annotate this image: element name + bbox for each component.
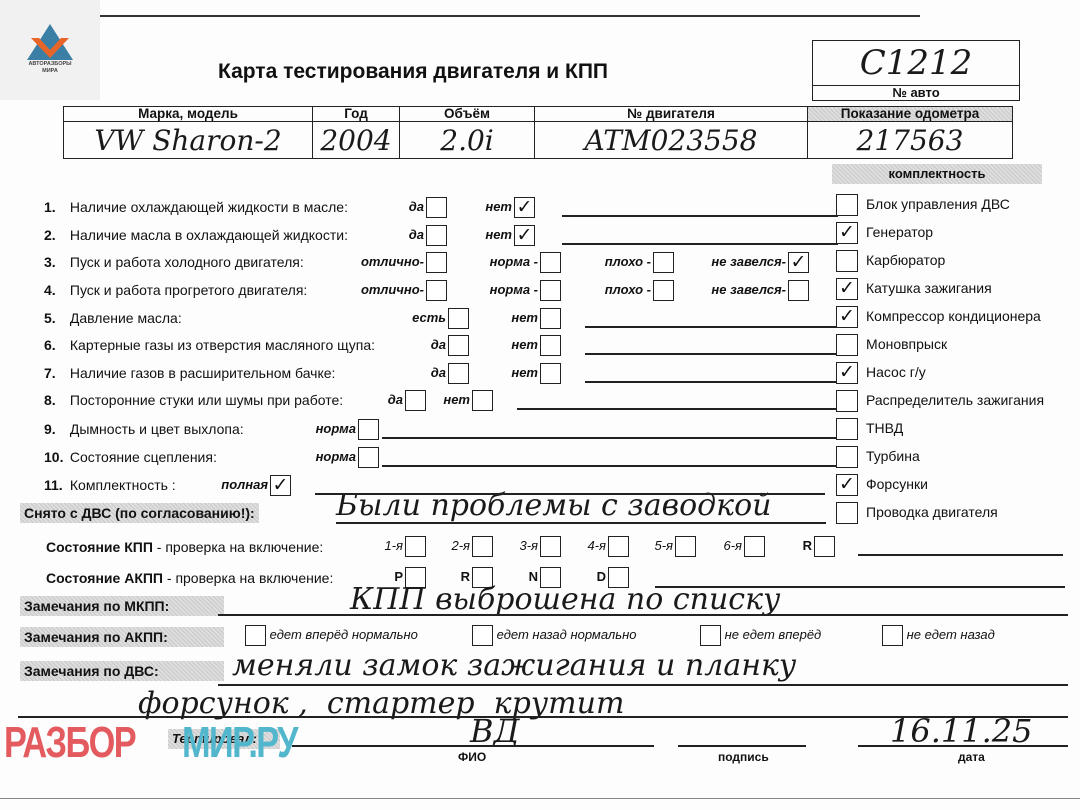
option-label: да: [431, 334, 446, 356]
fio-label: ФИО: [458, 750, 486, 764]
komplekt-item-label: Форсунки: [866, 476, 928, 492]
col-engine-number: № двигателя: [535, 107, 808, 122]
komplekt-item-label: Катушка зажигания: [866, 280, 992, 296]
option-label: есть: [412, 307, 446, 329]
page-title: Карта тестирования двигателя и КПП: [218, 60, 608, 84]
gear-checkbox[interactable]: [540, 536, 561, 557]
option-label: не завелся-: [711, 251, 786, 273]
option-label: нет: [511, 362, 538, 384]
checkbox[interactable]: [540, 280, 561, 301]
checkbox[interactable]: [836, 390, 858, 412]
answer-line: [382, 437, 838, 439]
date-label: дата: [958, 750, 985, 764]
option-label: нет: [511, 334, 538, 356]
volume-value[interactable]: 2.0i: [400, 122, 535, 159]
komplekt-item-label: Проводка двигателя: [866, 504, 998, 520]
option-label: да: [388, 389, 403, 411]
top-rule: [100, 15, 920, 17]
answer-line: [517, 408, 838, 410]
option-label: отлично-: [361, 279, 424, 301]
akpp-remarks-label: Замечания по АКПП:: [20, 627, 224, 647]
komplekt-item[interactable]: ✓Форсунки: [836, 472, 928, 496]
sign-label: подпись: [718, 750, 769, 764]
gear-checkbox[interactable]: [608, 536, 629, 557]
question-2: 2. Наличие масла в охлаждающей жидкости:: [44, 224, 348, 246]
komplekt-item-label: Насос г/у: [866, 364, 926, 380]
checkbox[interactable]: [653, 252, 674, 273]
question-8: 8. Посторонние стуки или шумы при работе…: [44, 389, 343, 411]
checkbox-checked[interactable]: ✓: [270, 475, 291, 496]
gear-checkbox[interactable]: [472, 536, 493, 557]
checkbox-checked[interactable]: ✓: [836, 222, 858, 244]
checkbox[interactable]: [426, 225, 447, 246]
akpp-forward-ok[interactable]: едет вперёд нормально: [245, 624, 418, 646]
checkbox[interactable]: [245, 625, 266, 646]
question-text: Состояние сцепления:: [66, 449, 217, 465]
checkbox[interactable]: [426, 252, 447, 273]
akpp-check-label: Состояние АКПП - проверка на включение:: [46, 567, 333, 589]
gear-checkbox[interactable]: [405, 536, 426, 557]
gear-label: 5-я: [654, 535, 673, 557]
checkbox[interactable]: [540, 335, 561, 356]
option-label: норма -: [490, 279, 538, 301]
gear-label: 2-я: [451, 535, 470, 557]
checkbox[interactable]: [358, 447, 379, 468]
question-text: Комплектность :: [66, 477, 176, 493]
vehicle-info-table: Марка, модель Год Объём № двигателя Пока…: [63, 106, 1013, 159]
odometer-value[interactable]: 217563: [808, 122, 1013, 159]
checkbox[interactable]: [836, 250, 858, 272]
komplekt-item[interactable]: ТНВД: [836, 416, 903, 440]
option-label: норма: [316, 418, 356, 440]
removed-line: [336, 522, 826, 524]
checkbox[interactable]: [472, 390, 493, 411]
fio-line: [292, 745, 654, 747]
komplekt-item[interactable]: ✓Компрессор кондиционера: [836, 304, 1041, 328]
checkbox[interactable]: [836, 502, 858, 524]
answer-line: [562, 215, 838, 217]
question-number: 3.: [44, 251, 66, 273]
option-label: нет: [485, 224, 512, 246]
question-10: 10. Состояние сцепления:: [44, 446, 217, 468]
question-1: 1. Наличие охлаждающей жидкости в масле:: [44, 196, 348, 218]
komplekt-item-label: Распределитель зажигания: [866, 392, 1044, 408]
checkbox[interactable]: [653, 280, 674, 301]
checkbox[interactable]: [882, 625, 903, 646]
question-number: 5.: [44, 307, 66, 329]
gear-label: 4-я: [587, 535, 606, 557]
checkbox[interactable]: [448, 363, 469, 384]
gear-label: 1-я: [384, 535, 403, 557]
checkbox[interactable]: [836, 446, 858, 468]
question-3: 3. Пуск и работа холодного двигателя:: [44, 251, 304, 273]
komplekt-line: [315, 493, 825, 495]
col-odometer: Показание одометра: [808, 107, 1013, 122]
auto-number-box: C1212 № авто: [812, 40, 1020, 101]
question-number: 2.: [44, 224, 66, 246]
answer-line: [382, 465, 838, 467]
auto-number-value[interactable]: C1212: [813, 41, 1019, 86]
option-label: нет: [485, 196, 512, 218]
checkbox[interactable]: [788, 280, 809, 301]
question-text: Посторонние стуки или шумы при работе:: [66, 392, 343, 408]
option-label: нет: [511, 307, 538, 329]
auto-number-label: № авто: [813, 86, 1019, 100]
komplekt-item[interactable]: ✓Насос г/у: [836, 360, 926, 384]
question-number: 6.: [44, 334, 66, 356]
checkbox[interactable]: [700, 625, 721, 646]
gear-checkbox[interactable]: [744, 536, 765, 557]
bottom-rule: [0, 798, 1080, 799]
question-number: 1.: [44, 196, 66, 218]
answer-line: [585, 381, 838, 383]
checkbox[interactable]: [405, 390, 426, 411]
komplekt-item[interactable]: Карбюратор: [836, 248, 945, 272]
komplekt-item-label: Турбина: [866, 448, 920, 464]
question-number: 10.: [44, 446, 66, 468]
option-label: полная: [221, 474, 268, 496]
question-number: 9.: [44, 418, 66, 440]
checkbox[interactable]: [540, 252, 561, 273]
komplekt-item-label: Блок управления ДВС: [866, 196, 1010, 212]
akpp-no-forward[interactable]: не едет вперёд: [700, 624, 821, 646]
checkbox[interactable]: [540, 308, 561, 329]
col-volume: Объём: [400, 107, 535, 122]
komplekt-item[interactable]: Турбина: [836, 444, 920, 468]
question-7: 7. Наличие газов в расширительном бачке:: [44, 362, 335, 384]
question-9: 9. Дымность и цвет выхлопа:: [44, 418, 244, 440]
option-label: да: [409, 196, 424, 218]
question-text: Наличие охлаждающей жидкости в масле:: [66, 199, 348, 215]
komplekt-item-label: Генератор: [866, 224, 933, 240]
komplekt-item[interactable]: Распределитель зажигания: [836, 388, 1044, 412]
col-make-model: Марка, модель: [64, 107, 313, 122]
answer-line: [585, 326, 838, 328]
question-number: 8.: [44, 389, 66, 411]
checkbox-checked[interactable]: ✓: [514, 225, 535, 246]
date-line: [858, 745, 1068, 747]
komplekt-item[interactable]: ✓Генератор: [836, 220, 933, 244]
kpp-line: [858, 554, 1063, 556]
checkbox[interactable]: [358, 419, 379, 440]
watermark-part1: РАЗБОР: [4, 718, 135, 768]
gear-label: 3-я: [519, 535, 538, 557]
komplekt-item-label: ТНВД: [866, 420, 903, 436]
checkbox[interactable]: [540, 363, 561, 384]
checkbox-checked[interactable]: ✓: [836, 306, 858, 328]
make-model-value[interactable]: VW Sharon-2: [64, 122, 313, 159]
dvs-remarks-line1[interactable]: меняли замок зажигания и планку: [232, 648, 796, 683]
checkbox-checked[interactable]: ✓: [836, 278, 858, 300]
option-label: да: [409, 224, 424, 246]
watermark-part2: МИР.РУ: [182, 718, 297, 768]
akpp-backward-ok[interactable]: едет назад нормально: [472, 624, 636, 646]
gear-label: R: [803, 535, 812, 557]
option-label: плохо -: [605, 251, 651, 273]
checkbox[interactable]: [836, 194, 858, 216]
question-text: Давление масла:: [66, 310, 182, 326]
removed-from-engine-label: Снято с ДВС (по согласованию!):: [20, 503, 259, 523]
question-number: 7.: [44, 362, 66, 384]
checkbox-checked[interactable]: ✓: [514, 197, 535, 218]
dvs-remarks-label: Замечания по ДВС:: [20, 661, 224, 681]
komplekt-item[interactable]: Моновпрыск: [836, 332, 947, 356]
engine-number-value[interactable]: ATM023558: [535, 122, 808, 159]
checkbox[interactable]: [448, 335, 469, 356]
answer-line: [562, 243, 838, 245]
checkbox[interactable]: [426, 197, 447, 218]
question-number: 11.: [44, 474, 66, 496]
option-label: норма: [316, 446, 356, 468]
gear-label: 6-я: [723, 535, 742, 557]
option-label: да: [431, 362, 446, 384]
question-4: 4. Пуск и работа прогретого двигателя:: [44, 279, 307, 301]
checkbox-checked[interactable]: ✓: [836, 474, 858, 496]
komplekt-item-label: Моновпрыск: [866, 336, 947, 352]
gear-checkbox[interactable]: [814, 536, 835, 557]
checkbox-checked[interactable]: ✓: [788, 252, 809, 273]
mkpp-remarks-label: Замечания по МКПП:: [20, 596, 224, 616]
komplektnost-header: комплектность: [832, 164, 1042, 184]
question-text: Дымность и цвет выхлопа:: [66, 421, 244, 437]
col-year: Год: [313, 107, 400, 122]
question-11: 11. Комплектность :: [44, 474, 176, 496]
sign-line: [678, 745, 806, 747]
checkbox[interactable]: [836, 418, 858, 440]
checkbox[interactable]: [472, 625, 493, 646]
question-6: 6. Картерные газы из отверстия масляного…: [44, 334, 375, 356]
question-text: Наличие газов в расширительном бачке:: [66, 365, 335, 381]
answer-line: [585, 353, 838, 355]
option-label: не завелся-: [711, 279, 786, 301]
option-label: отлично-: [361, 251, 424, 273]
year-value[interactable]: 2004: [313, 122, 400, 159]
komplekt-item-label: Карбюратор: [866, 252, 945, 268]
mkpp-remarks-value[interactable]: КПП выброшена по списку: [350, 582, 780, 617]
checkbox[interactable]: [426, 280, 447, 301]
option-label: плохо -: [605, 279, 651, 301]
logo-text: АВТОРАЗБОРЫ МИРА: [14, 61, 86, 75]
triangle-logo-icon: [27, 24, 73, 60]
question-text: Наличие масла в охлаждающей жидкости:: [66, 227, 348, 243]
option-label: норма -: [490, 251, 538, 273]
checkbox[interactable]: [448, 308, 469, 329]
komplekt-item[interactable]: ✓Катушка зажигания: [836, 276, 992, 300]
komplekt-item-label: Компрессор кондиционера: [866, 308, 1041, 324]
mkpp-line: [218, 614, 1068, 616]
question-text: Пуск и работа прогретого двигателя:: [66, 282, 307, 298]
akpp-no-backward[interactable]: не едет назад: [882, 624, 995, 646]
question-text: Пуск и работа холодного двигателя:: [66, 254, 304, 270]
gear-checkbox[interactable]: [675, 536, 696, 557]
kpp-check-label: Состояние КПП - проверка на включение:: [46, 536, 323, 558]
komplekt-item[interactable]: Блок управления ДВС: [836, 192, 1010, 216]
question-number: 4.: [44, 279, 66, 301]
logo: АВТОРАЗБОРЫ МИРА: [0, 0, 100, 100]
checkbox[interactable]: [836, 334, 858, 356]
question-text: Картерные газы из отверстия масляного щу…: [66, 337, 375, 353]
checkbox-checked[interactable]: ✓: [836, 362, 858, 384]
question-5: 5. Давление масла:: [44, 307, 182, 329]
option-label: нет: [443, 389, 470, 411]
komplekt-item[interactable]: Проводка двигателя: [836, 500, 998, 524]
